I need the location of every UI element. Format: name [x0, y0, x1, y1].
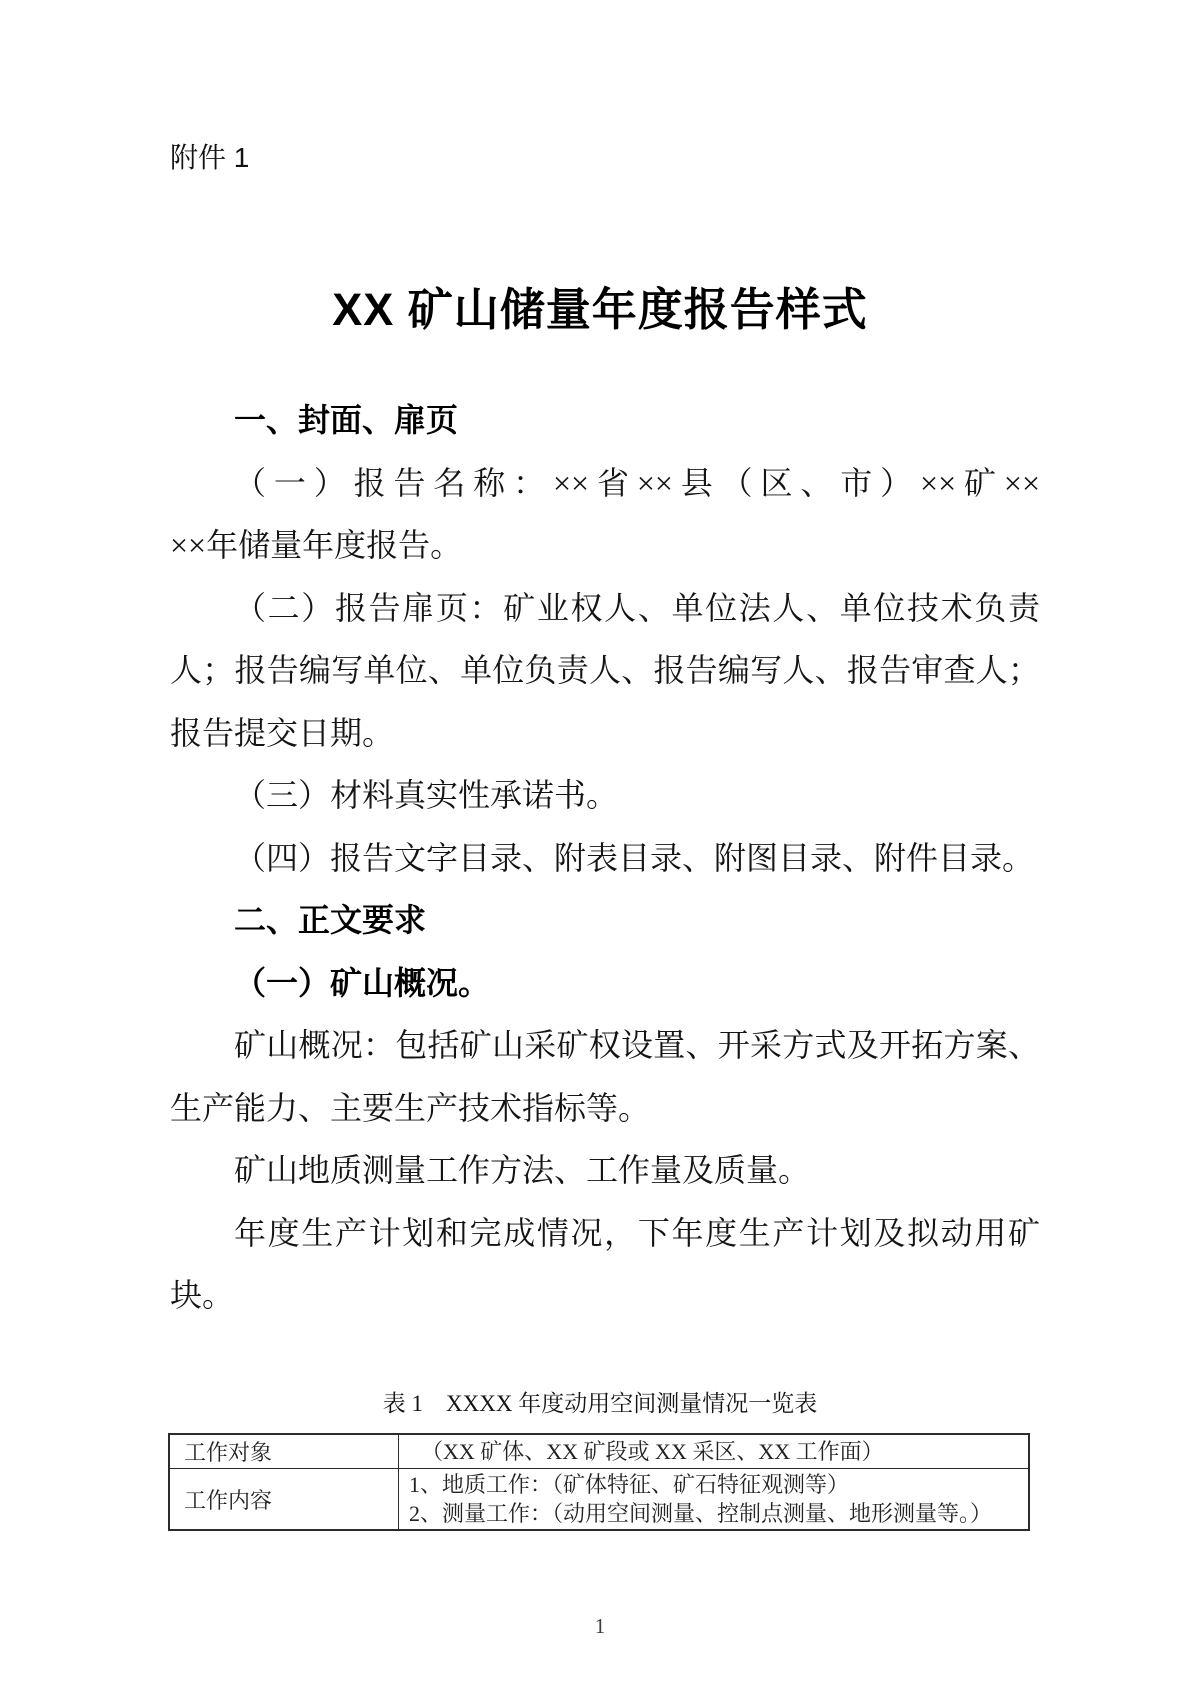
subsection-heading: （一）矿山概况。 [170, 952, 1040, 1015]
row-content-cell: （XX 矿体、XX 矿段或 XX 采区、XX 工作面） [399, 1435, 1028, 1468]
text-line: 矿山地质测量工作方法、工作量及质量。 [170, 1139, 1040, 1202]
row-label-cell: 工作内容 [170, 1469, 399, 1529]
document-title: XX 矿山储量年度报告样式 [0, 284, 1200, 336]
content-line: （XX 矿体、XX 矿段或 XX 采区、XX 工作面） [421, 1437, 1028, 1466]
table-row: 工作对象 （XX 矿体、XX 矿段或 XX 采区、XX 工作面） [170, 1435, 1028, 1469]
table-row: 工作内容 1、地质工作：（矿体特征、矿石特征观测等） 2、测量工作：（动用空间测… [170, 1469, 1028, 1529]
attachment-label: 附件 1 [170, 141, 249, 175]
text-line: （三）材料真实性承诺书。 [170, 764, 1040, 827]
section-heading: 二、正文要求 [170, 889, 1040, 952]
spec-table: 工作对象 （XX 矿体、XX 矿段或 XX 采区、XX 工作面） 工作内容 1、… [168, 1433, 1030, 1531]
document-body: 一、封面、扉页 （一）报告名称：××省××县（区、市）××矿×× ××年储量年度… [170, 389, 1040, 1327]
text-line: ××年储量年度报告。 [170, 514, 1040, 577]
section-heading: 一、封面、扉页 [170, 389, 1040, 452]
text-line: 报告提交日期。 [170, 702, 1040, 765]
text-line: 人；报告编写单位、单位负责人、报告编写人、报告审查人； [170, 639, 1040, 702]
text-line: （二）报告扉页：矿业权人、单位法人、单位技术负责 [170, 577, 1040, 640]
row-content-cell: 1、地质工作：（矿体特征、矿石特征观测等） 2、测量工作：（动用空间测量、控制点… [399, 1469, 1028, 1529]
content-line: 2、测量工作：（动用空间测量、控制点测量、地形测量等。） [409, 1499, 1028, 1528]
page-number: 1 [0, 1614, 1200, 1639]
text-line: 块。 [170, 1264, 1040, 1327]
text-line: 矿山概况：包括矿山采矿权设置、开采方式及开拓方案、 [170, 1014, 1040, 1077]
row-label-cell: 工作对象 [170, 1435, 399, 1468]
content-line: 1、地质工作：（矿体特征、矿石特征观测等） [409, 1470, 1028, 1499]
text-line: 生产能力、主要生产技术指标等。 [170, 1077, 1040, 1140]
document-page: 附件 1 XX 矿山储量年度报告样式 一、封面、扉页 （一）报告名称：××省××… [0, 0, 1200, 1696]
text-line: （四）报告文字目录、附表目录、附图目录、附件目录。 [170, 827, 1040, 890]
table-caption: 表 1 XXXX 年度动用空间测量情况一览表 [0, 1390, 1200, 1417]
text-line: （一）报告名称：××省××县（区、市）××矿×× [170, 452, 1040, 515]
text-line: 年度生产计划和完成情况，下年度生产计划及拟动用矿 [170, 1202, 1040, 1265]
